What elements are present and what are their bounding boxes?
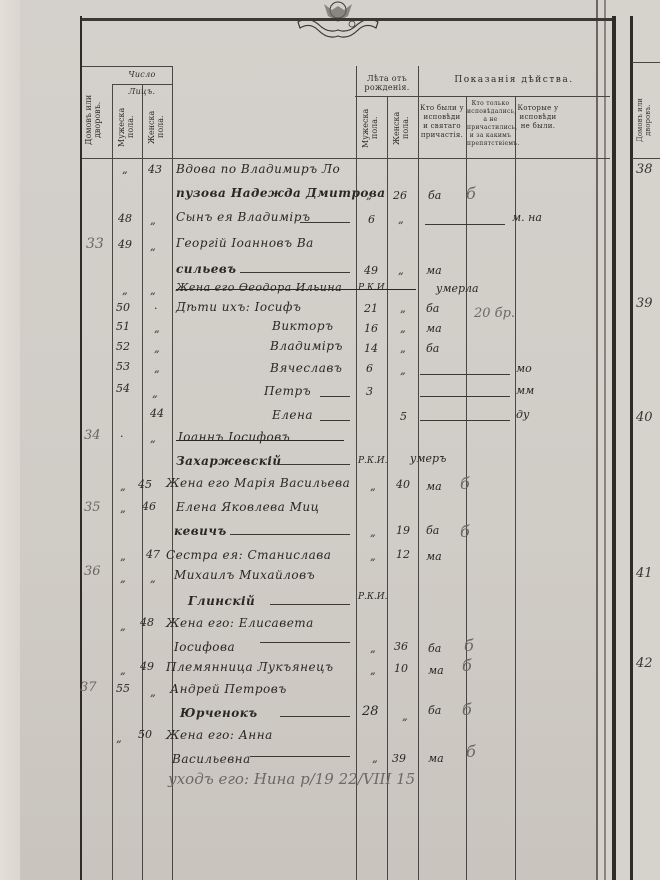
row-name: Вдова по Владимиръ Ло: [176, 162, 340, 176]
row-female-num: „: [150, 214, 156, 227]
dash: [250, 756, 350, 757]
dash: [420, 396, 510, 397]
row-name: Сынъ ея Владиміръ: [176, 210, 310, 224]
row-confession-mark: ма: [428, 664, 444, 677]
row-name: Сестра ея: Станислава: [166, 548, 331, 562]
row-name: Вячеславъ: [270, 361, 342, 375]
row-absent-mark: мо: [516, 362, 532, 375]
row-female-num: „: [150, 240, 156, 253]
dash: [425, 224, 505, 225]
row-age-male: „: [370, 664, 376, 677]
row-male-num: 48: [118, 212, 132, 225]
dash: [320, 420, 350, 421]
row-death-note: умерла: [436, 282, 479, 295]
row-name: Іосифова: [174, 640, 235, 654]
right-row-num: 41: [636, 566, 653, 581]
row-age-female: 39: [392, 752, 406, 765]
row-age-female: „: [400, 342, 406, 355]
row-age-female: 19: [396, 524, 410, 537]
row-male-num: 49: [118, 238, 132, 251]
right-row-num: 38: [636, 162, 653, 177]
row-age-female: 10: [394, 662, 408, 675]
header-male: Мужеска пола.: [117, 98, 137, 156]
row-name: кевичъ: [174, 524, 227, 538]
row-name-struck: Іоаннъ Іосифовъ: [178, 430, 290, 444]
row-name: Петръ: [264, 384, 311, 398]
row-name: Георгій Іоанновъ Ва: [176, 236, 314, 250]
row-pencil-note: 20 бр.: [474, 306, 515, 321]
row-female-num: ·: [154, 302, 158, 315]
row-pencil-note: б: [464, 636, 474, 655]
row-pencil-note: б: [462, 656, 472, 675]
row-female-num: „: [150, 284, 156, 297]
row-name: Жена его: Елисавета: [166, 616, 314, 630]
row-name: Андрей Петровъ: [170, 682, 287, 696]
row-age-male: „: [370, 526, 376, 539]
header-pokazania: Показанія дѣйства.: [418, 76, 610, 85]
col-line: [418, 66, 419, 880]
row-name: Елена Яковлева Миц: [176, 500, 320, 514]
row-female-num: „: [150, 686, 156, 699]
strikethrough: [176, 440, 344, 441]
header-bottom-rule: [82, 158, 610, 159]
row-age-female: 12: [396, 548, 410, 561]
header-chislo: Число: [112, 70, 172, 79]
dash: [260, 642, 350, 643]
row-female-num: „: [150, 432, 156, 445]
row-name: Викторъ: [272, 319, 334, 333]
row-female-num: „: [152, 387, 158, 400]
row-confession-mark: ба: [426, 342, 439, 355]
row-age-male: 3: [366, 385, 373, 398]
row-age-male: 6: [368, 213, 375, 226]
row-pencil-note: б: [466, 184, 476, 203]
row-female-num: „: [154, 362, 160, 375]
row-pencil-note: б: [460, 474, 470, 493]
row-female-num: „: [150, 572, 156, 585]
row-house-num: 36: [84, 564, 101, 579]
row-name: Михаилъ Михайловъ: [174, 568, 315, 582]
row-confession-mark: ма: [428, 752, 444, 765]
pencil-annotation: уходъ его: Нина р/19 22/VIII 15: [168, 770, 415, 788]
row-house-num: 35: [84, 500, 101, 515]
row-male-num: 54: [116, 382, 130, 395]
dash: [280, 464, 350, 465]
row-name: сильевъ: [176, 262, 236, 276]
dash: [420, 420, 510, 421]
dash: [320, 396, 350, 397]
dash: [270, 604, 350, 605]
right-header-dvory: Домовъ или дворовъ.: [636, 88, 658, 152]
row-male-num: 52: [116, 340, 130, 353]
header-byli: Кто были у исповѣди и святаго причастія.: [420, 104, 464, 140]
header-age: Лѣта отъ рожденія.: [356, 74, 418, 92]
dash: [230, 534, 350, 535]
grid-line: [632, 158, 660, 159]
row-pencil-note: б: [460, 522, 470, 541]
row-name: Елена: [272, 408, 313, 422]
row-female-num: 49: [140, 660, 154, 673]
row-confession-mark: ба: [428, 189, 441, 202]
row-age-female: 26: [393, 189, 407, 202]
row-name-struck: Жена его Ѳеодора Ильина: [176, 281, 342, 294]
row-female-num: 47: [146, 548, 160, 561]
row-confession-mark: ба: [426, 302, 439, 315]
row-age-male: 16: [364, 322, 378, 335]
row-age-male: 28: [362, 704, 379, 719]
header-ispovedalis: Кто только исповѣдались, а не причастили…: [467, 100, 514, 148]
row-male-num: 50: [116, 301, 130, 314]
row-name: Дѣти ихъ: Іосифъ: [176, 300, 301, 314]
row-male-num: „: [120, 480, 126, 493]
row-male-num: 51: [116, 320, 130, 333]
row-male-num: 55: [116, 682, 130, 695]
row-age-male: Р.К.И.: [358, 456, 387, 466]
row-male-num: „: [122, 284, 128, 297]
right-row-num: 40: [636, 410, 653, 425]
row-name: пузова Надежда Дмитрова: [176, 186, 386, 200]
row-confession-mark: ба: [428, 642, 441, 655]
row-name: Владиміръ: [270, 339, 343, 353]
row-age-female: „: [400, 364, 406, 377]
row-male-num: „: [122, 163, 128, 176]
right-frame-line: [630, 16, 633, 880]
row-house-num: 33: [86, 236, 104, 252]
row-age-female: „: [402, 710, 408, 723]
row-name: Глинскій: [188, 594, 255, 608]
row-absent-mark: мм: [516, 384, 534, 397]
row-house-num: 37: [80, 680, 97, 695]
header-age-male: Мужеска пола.: [361, 100, 381, 156]
row-death-note: умеръ: [410, 452, 446, 465]
row-name: Жена его Марія Васильева: [166, 476, 350, 490]
row-female-num: 48: [140, 616, 154, 629]
row-age-male: „: [366, 189, 372, 202]
row-male-num: 53: [116, 360, 130, 373]
row-age-male: „: [370, 550, 376, 563]
header-age-female: Женска пола.: [392, 100, 412, 156]
right-row-num: 39: [636, 296, 653, 311]
row-age-female: 40: [396, 478, 410, 491]
row-age-male: „: [372, 752, 378, 765]
row-age-male: Р.К.И.: [358, 283, 387, 293]
row-confession-mark: ма: [426, 322, 442, 335]
row-age-female: „: [400, 322, 406, 335]
row-name: Васильевна: [172, 752, 251, 766]
row-female-num: 44: [150, 407, 164, 420]
row-name: Жена его: Анна: [166, 728, 273, 742]
row-age-female: 5: [400, 410, 407, 423]
row-confession-mark: ма: [426, 264, 442, 277]
row-house-num: 34: [84, 428, 101, 443]
row-male-num: ·: [120, 430, 124, 443]
row-female-num: 45: [138, 478, 152, 491]
header-female: Женска пола.: [147, 98, 167, 156]
row-confession-mark: ма: [426, 550, 442, 563]
row-age-male: „: [370, 480, 376, 493]
row-name: Юрченокъ: [180, 706, 258, 720]
dash: [300, 222, 350, 223]
grid-line: [418, 96, 610, 97]
row-male-num: „: [120, 664, 126, 677]
row-male-num: „: [120, 550, 126, 563]
row-female-num: 43: [148, 163, 162, 176]
col-line: [112, 84, 113, 880]
grid-line: [82, 66, 172, 67]
col-line: [387, 96, 388, 880]
grid-line: [632, 62, 660, 63]
row-confession-mark: ма: [426, 480, 442, 493]
row-name: Захаржевскій: [176, 454, 282, 468]
row-pencil-note: б: [462, 700, 472, 719]
row-age-male: „: [370, 642, 376, 655]
right-row-num: 42: [636, 656, 653, 671]
row-male-num: „: [120, 572, 126, 585]
row-pencil-note: б: [466, 742, 476, 761]
row-confession-mark: ба: [426, 524, 439, 537]
dash: [240, 272, 350, 273]
row-age-male: 6: [366, 362, 373, 375]
row-age-female: „: [398, 213, 404, 226]
row-absent-mark: м. на: [512, 211, 542, 224]
header-lits: Лицъ.: [112, 87, 172, 96]
row-age-female: „: [400, 302, 406, 315]
dash: [420, 374, 510, 375]
row-male-num: „: [120, 620, 126, 633]
row-absent-mark: ду: [516, 408, 529, 421]
row-male-num: „: [116, 732, 122, 745]
row-confession-mark: ба: [428, 704, 441, 717]
row-female-num: „: [154, 322, 160, 335]
row-female-num: 46: [142, 500, 156, 513]
row-age-male: 49: [364, 264, 378, 277]
row-name: Племянница Лукъянецъ: [166, 660, 333, 674]
row-age-male: 21: [364, 302, 378, 315]
row-female-num: „: [154, 342, 160, 355]
row-age-female: 36: [394, 640, 408, 653]
row-age-male: Р.К.И.: [358, 592, 387, 602]
row-age-male: 14: [364, 342, 378, 355]
row-female-num: 50: [138, 728, 152, 741]
row-age-female: „: [398, 264, 404, 277]
header-ne-byli: Которые у исповѣди не были.: [516, 104, 560, 131]
header-dvory: Домовъ или дворовъ.: [84, 84, 110, 156]
dash: [280, 716, 350, 717]
row-male-num: „: [120, 502, 126, 515]
